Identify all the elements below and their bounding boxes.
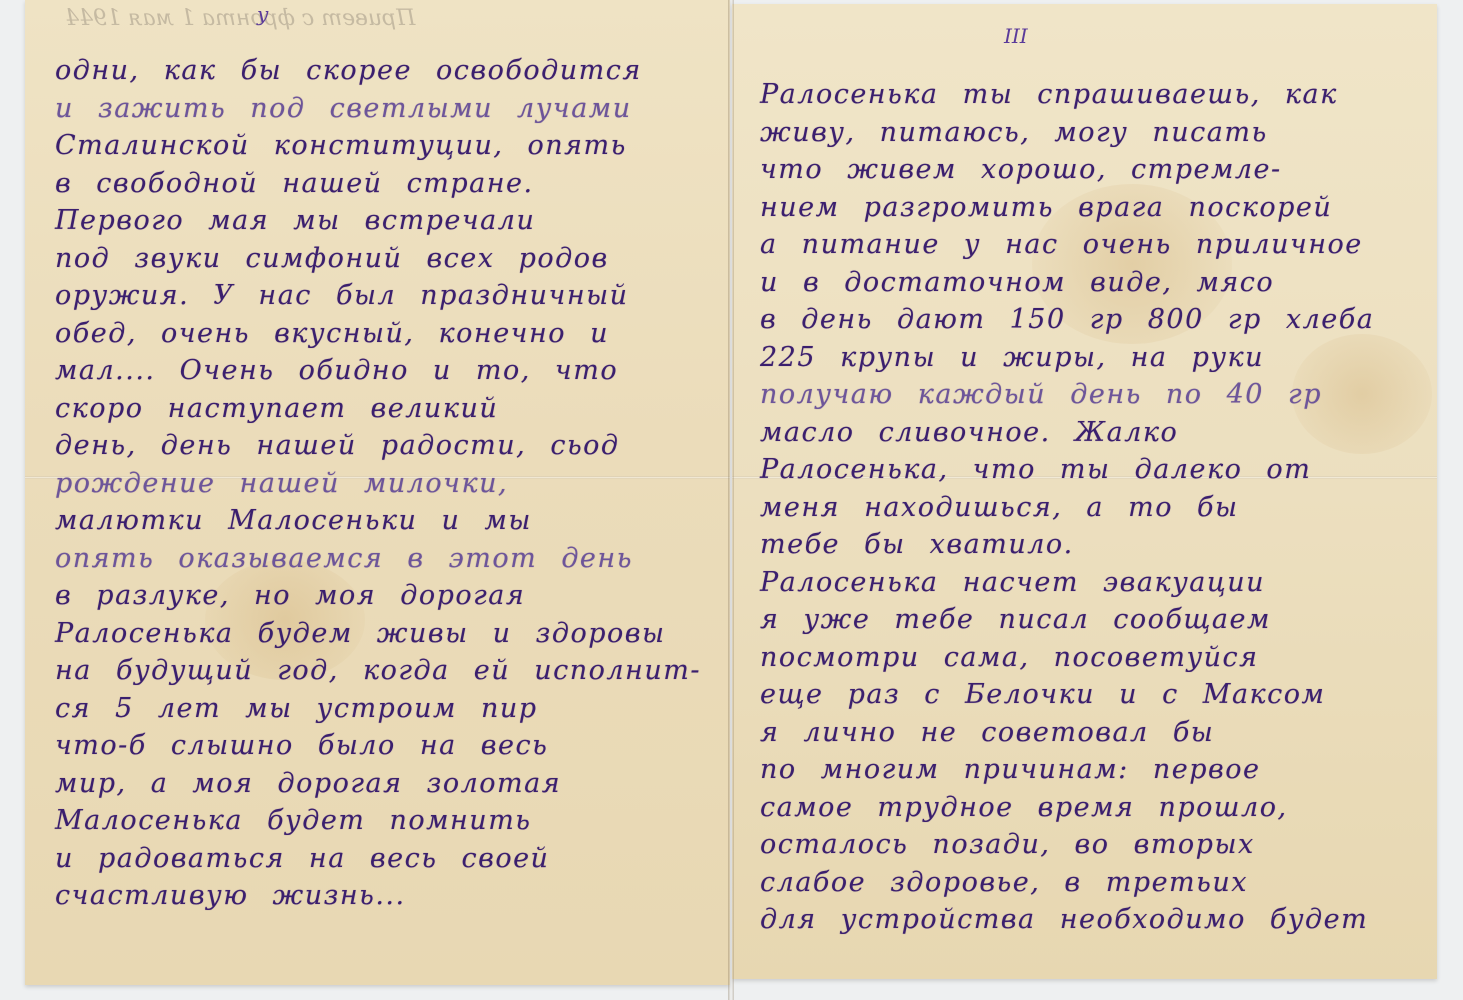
text-line: Ралосенька, что ты далеко от [760, 451, 1427, 489]
text-line: масло сливочное. Жалко [760, 414, 1427, 452]
text-line: и радоваться на весь своей [55, 840, 720, 878]
text-line: Малосенька будет помнить [55, 802, 720, 840]
text-line: под звуки симфоний всех родов [55, 240, 720, 278]
text-line: самое трудное время прошло, [760, 789, 1427, 827]
text-line: Первого мая мы встречали [55, 202, 720, 240]
text-line: на будущий год, когда ей исполнит- [55, 652, 720, 690]
text-line: обед, очень вкусный, конечно и [55, 315, 720, 353]
letter-page-right: III Ралосенька ты спрашиваешь, как живу,… [732, 4, 1437, 979]
text-line: и в достаточном виде, мясо [760, 264, 1427, 302]
text-line: день, день нашей радости, сьод [55, 427, 720, 465]
text-line: в день дают 150 гр 800 гр хлеба [760, 301, 1427, 339]
text-line: посмотри сама, посоветуйся [760, 639, 1427, 677]
text-line: одни, как бы скорее освободится [55, 52, 720, 90]
text-line: мал.... Очень обидно и то, что [55, 352, 720, 390]
text-line: для устройства необходимо будет [760, 901, 1427, 939]
text-line: по многим причинам: первое [760, 751, 1427, 789]
text-line: скоро наступает великий [55, 390, 720, 428]
center-fold [728, 0, 734, 1000]
text-line: а питание у нас очень приличное [760, 226, 1427, 264]
text-line: нием разгромить врага поскорей [760, 189, 1427, 227]
text-line: Сталинской конституции, опять [55, 127, 720, 165]
text-line: еще раз с Белочки и с Максом [760, 676, 1427, 714]
text-line: меня находишься, а то бы [760, 489, 1427, 527]
letter-page-left: Привет с фронта 1 мая 1944 y одни, как б… [25, 0, 730, 985]
text-line: рождение нашей милочки, [55, 465, 720, 503]
text-line: в разлуке, но моя дорогая [55, 577, 720, 615]
text-line: счастливую жизнь... [55, 877, 720, 915]
text-line: получаю каждый день по 40 гр [760, 376, 1427, 414]
text-line: мир, а моя дорогая золотая [55, 765, 720, 803]
page-marker: y [257, 2, 268, 26]
handwritten-text-block: Ралосенька ты спрашиваешь, как живу, пит… [760, 76, 1427, 939]
text-line: я лично не советовал бы [760, 714, 1427, 752]
text-line: ся 5 лет мы устроим пир [55, 690, 720, 728]
text-line: что-б слышно было на весь [55, 727, 720, 765]
text-line: живу, питаюсь, могу писать [760, 114, 1427, 152]
text-line: оружия. У нас был праздничный [55, 277, 720, 315]
text-line: и зажить под светлыми лучами [55, 90, 720, 128]
text-line: 225 крупы и жиры, на руки [760, 339, 1427, 377]
text-line: Ралосенька ты спрашиваешь, как [760, 76, 1427, 114]
text-line: малютки Малосеньки и мы [55, 502, 720, 540]
text-line: Ралосенька будем живы и здоровы [55, 615, 720, 653]
text-line: что живем хорошо, стремле- [760, 151, 1427, 189]
page-marker: III [1004, 24, 1028, 48]
bleed-through-header: Привет с фронта 1 мая 1944 [65, 6, 415, 31]
text-line: Ралосенька насчет эвакуации [760, 564, 1427, 602]
text-line: осталось позади, во вторых [760, 826, 1427, 864]
text-line: опять оказываемся в этот день [55, 540, 720, 578]
text-line: слабое здоровье, в третьих [760, 864, 1427, 902]
text-line: я уже тебе писал сообщаем [760, 601, 1427, 639]
handwritten-text-block: одни, как бы скорее освободится и зажить… [55, 52, 720, 915]
text-line: тебе бы хватило. [760, 526, 1427, 564]
text-line: в свободной нашей стране. [55, 165, 720, 203]
